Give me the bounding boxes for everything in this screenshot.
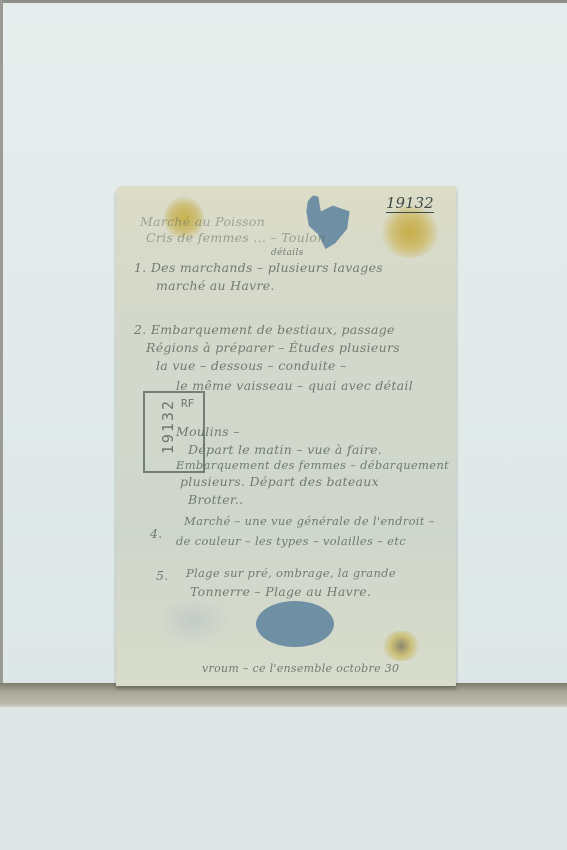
item-5-number: 5. (156, 568, 169, 583)
header-line-1: Marché au Poisson (140, 214, 265, 229)
stamp-letters: RF (181, 397, 194, 410)
header-line-2: Cris de femmes ... – Toulon (146, 230, 326, 245)
item-2-line-1: 2. Embarquement de bestiaux, passage (134, 322, 395, 337)
item-2-number: 2. (134, 322, 147, 337)
item-5-line-2: Tonnerre – Plage au Havre. (190, 584, 371, 599)
item-2-text-1: Embarquement de bestiaux, passage (151, 322, 395, 337)
item-3-line-1: Moulins – (176, 424, 240, 439)
item-2-line-4: le même vaisseau – quai avec détail (176, 378, 413, 393)
stamp-number: 19132 (159, 399, 177, 454)
item-3-line-2: Départ le matin – vue à faire. (188, 442, 382, 457)
manuscript-page: 19132 Marché au Poisson Cris de femmes .… (116, 186, 456, 686)
item-1-text-1: Des marchands – plusieurs lavages (151, 260, 383, 275)
item-4-line-1: Marché – une vue générale de l'endroit – (184, 514, 435, 528)
item-2-line-3: la vue – dessous – conduite – (156, 358, 347, 373)
blue-ink-blot-bottom (256, 601, 334, 647)
item-3-line-5: Brotter.. (188, 492, 243, 507)
item-2-line-2: Régions à préparer – Études plusieurs (146, 340, 400, 355)
item-1-number: 1. (134, 260, 147, 275)
inventory-number: 19132 (386, 194, 434, 213)
item-5-line-1: Plage sur pré, ombrage, la grande (186, 566, 396, 580)
foxing-stain-bottom-right (381, 631, 421, 661)
item-4-number: 4. (150, 526, 163, 541)
footer-note: vroum – ce l'ensemble octobre 30 (202, 662, 399, 675)
item-1-line-2: marché au Havre. (156, 278, 275, 293)
item-1-line-1: 1. Des marchands – plusieurs lavages (134, 260, 383, 275)
faint-stain-bottom-left (156, 596, 231, 646)
foxing-stain-top-right (381, 206, 439, 258)
item-4-line-2: de couleur – les types – volailles – etc (176, 534, 406, 548)
lower-board (0, 707, 567, 850)
item-3-line-4: plusieurs. Départ des bateaux (180, 474, 379, 489)
header-note-above: détails (271, 248, 304, 258)
item-3-line-3: Embarquement des femmes – débarquement (176, 458, 449, 472)
mounting-shelf (0, 683, 567, 705)
